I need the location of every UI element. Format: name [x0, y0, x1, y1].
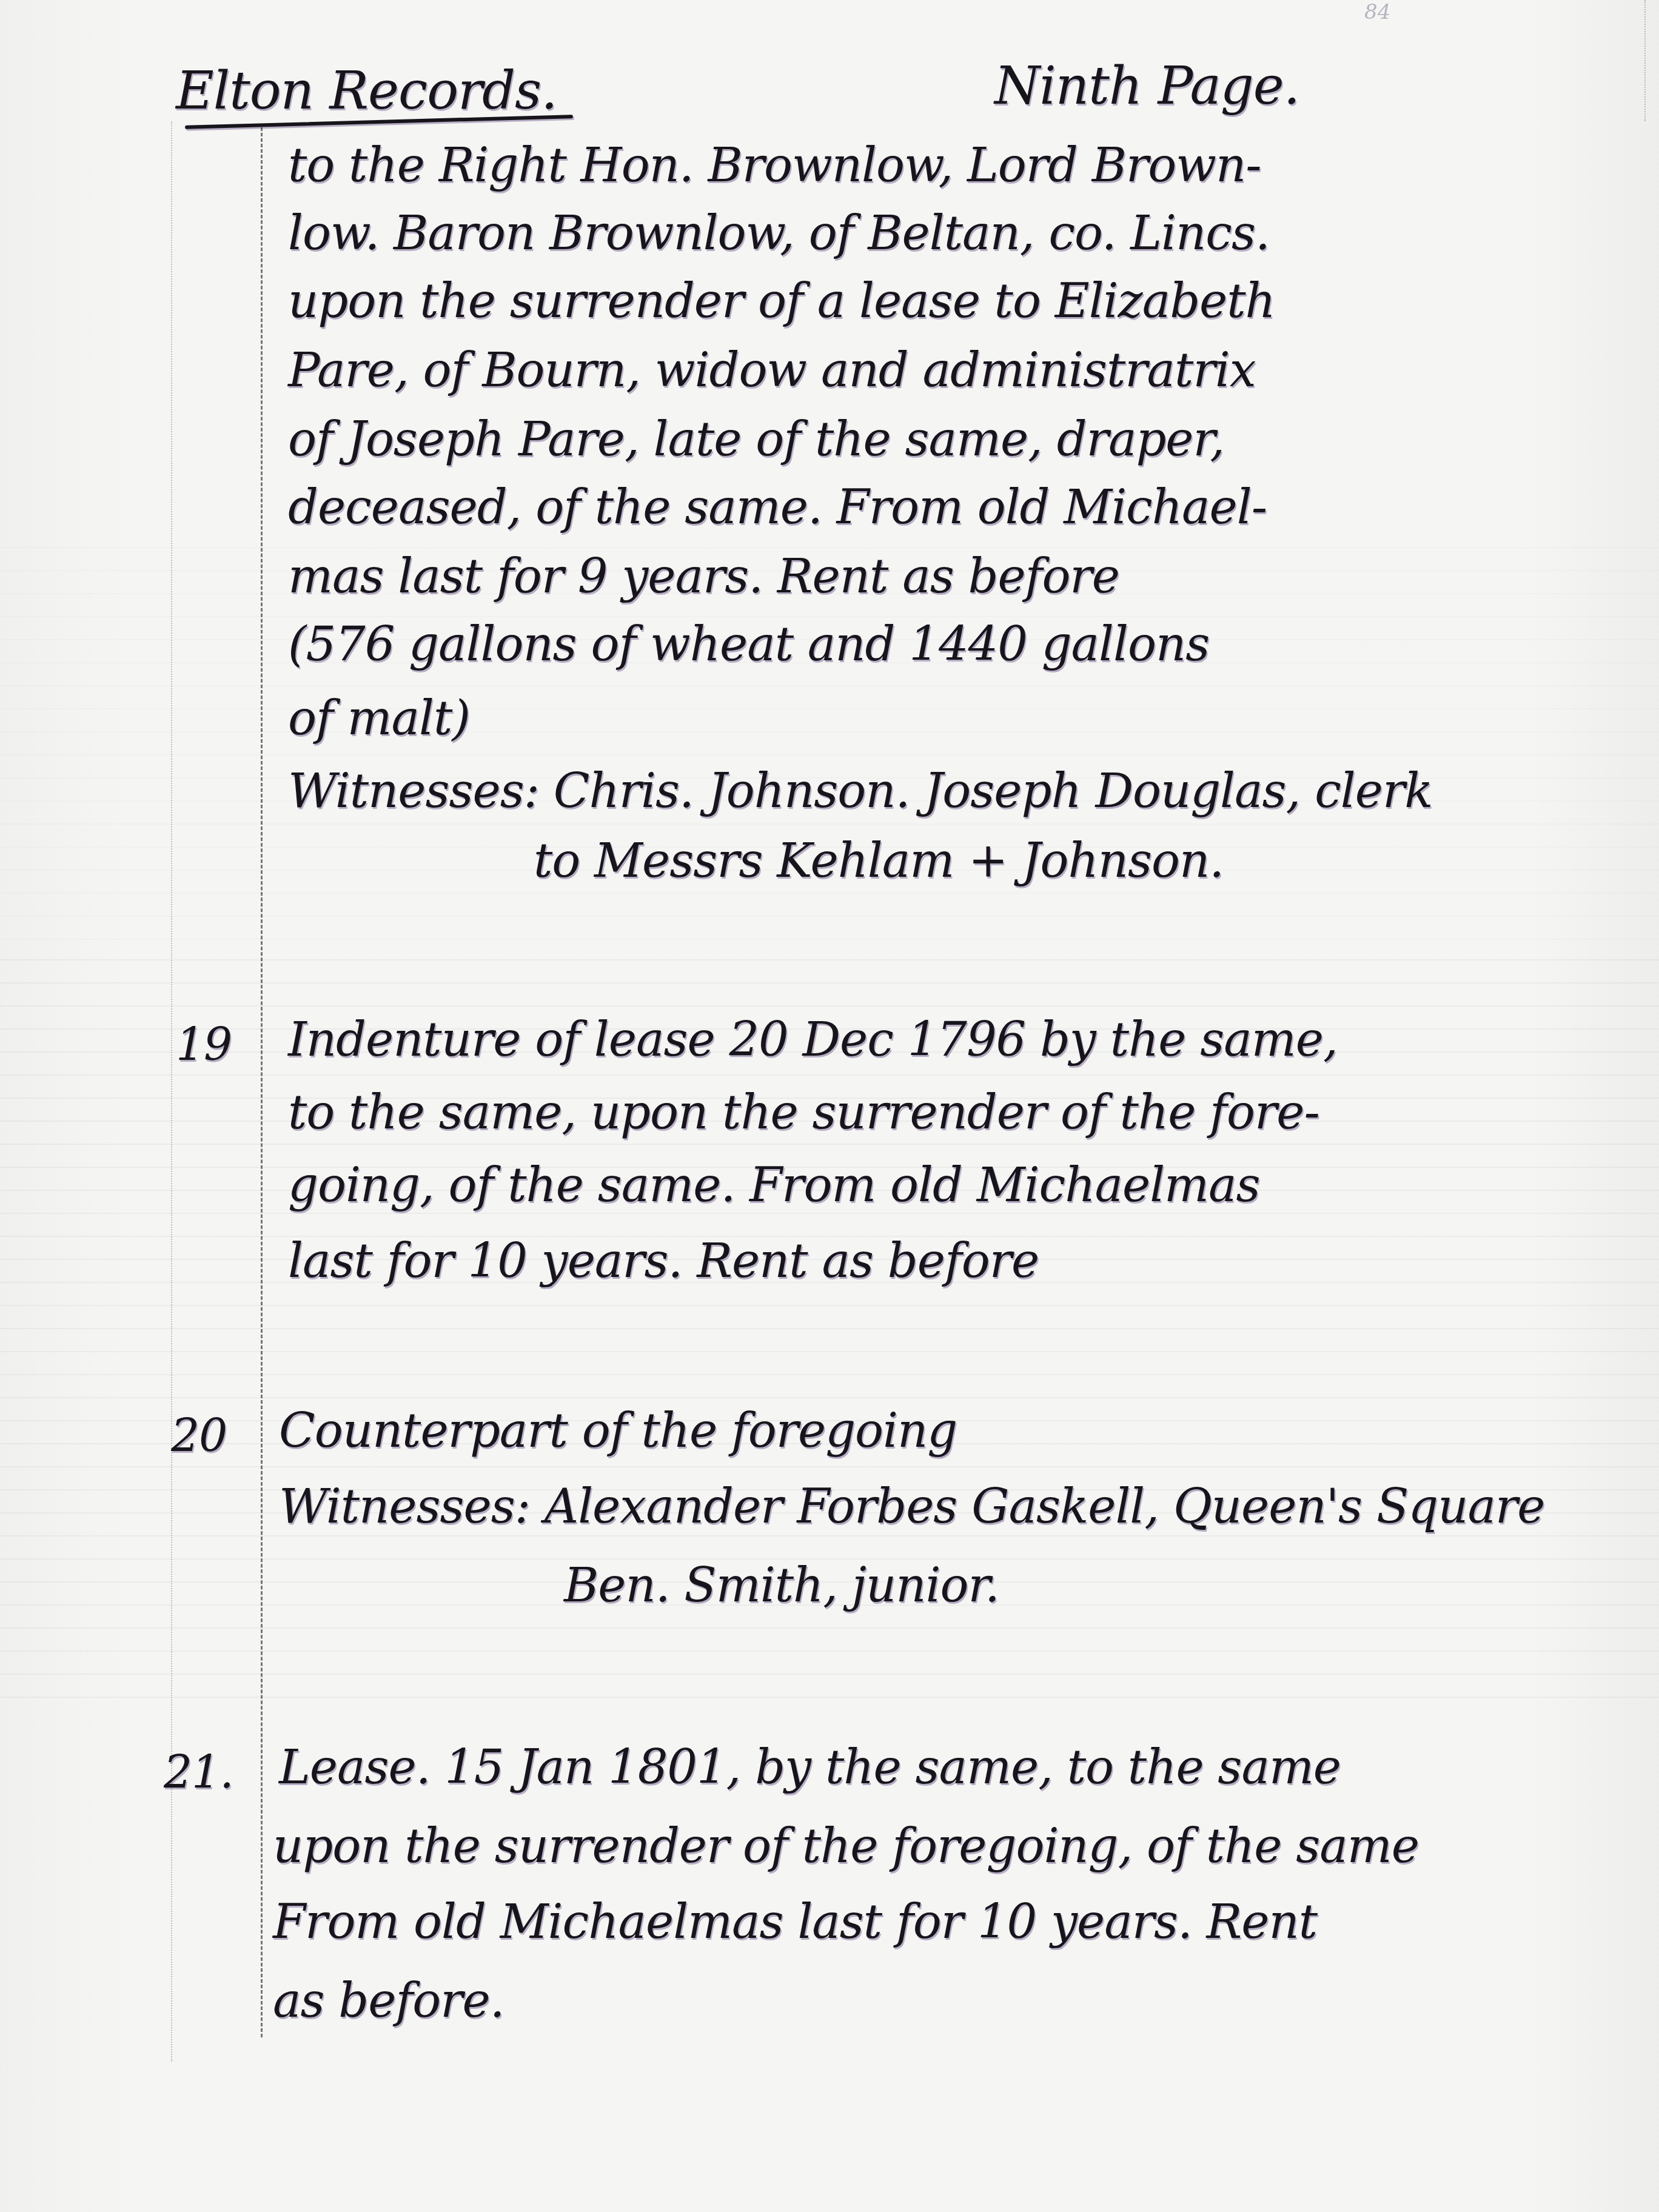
- text-line: Lease. 15 Jan 1801, by the same, to the …: [279, 1740, 1341, 1795]
- text-line: low. Baron Brownlow, of Beltan, co. Linc…: [288, 206, 1270, 261]
- document-title: Elton Records.: [176, 61, 557, 121]
- text-line: deceased, of the same. From old Michael-: [288, 480, 1267, 535]
- text-line: upon the surrender of a lease to Elizabe…: [288, 274, 1275, 329]
- text-line: Pare, of Bourn, widow and administratrix: [288, 343, 1256, 398]
- text-line: last for 10 years. Rent as before: [288, 1234, 1039, 1289]
- text-line: Indenture of lease 20 Dec 1796 by the sa…: [288, 1013, 1338, 1067]
- witnesses-line: Witnesses: Chris. Johnson. Joseph Dougla…: [288, 764, 1433, 819]
- witnesses-line: Witnesses: Alexander Forbes Gaskell, Que…: [279, 1480, 1544, 1534]
- witnesses-line: Ben. Smith, junior.: [564, 1558, 999, 1613]
- text-line: of malt): [288, 691, 470, 746]
- page-label: Ninth Page.: [994, 56, 1299, 116]
- entry-number: 19: [176, 1019, 232, 1071]
- scanned-page: 84 Elton Records. Ninth Page. to the Rig…: [0, 0, 1659, 2212]
- text-line: (576 gallons of wheat and 1440 gallons: [288, 617, 1209, 672]
- witnesses-line: to Messrs Kehlam + Johnson.: [534, 834, 1224, 888]
- text-line: to the Right Hon. Brownlow, Lord Brown-: [288, 138, 1261, 193]
- entry-number: 20: [171, 1410, 227, 1462]
- margin-rule: [261, 127, 263, 2037]
- text-line: as before.: [273, 1974, 504, 2028]
- text-line: to the same, upon the surrender of the f…: [288, 1085, 1319, 1140]
- text-line: From old Michaelmas last for 10 years. R…: [273, 1895, 1317, 1949]
- text-line: Counterpart of the foregoing: [279, 1404, 957, 1458]
- text-line: upon the surrender of the foregoing, of …: [273, 1819, 1419, 1874]
- entry-number: 21.: [164, 1746, 233, 1798]
- text-line: going, of the same. From old Michaelmas: [288, 1158, 1260, 1213]
- text-line: of Joseph Pare, late of the same, draper…: [288, 412, 1224, 467]
- edge-mark: [1644, 0, 1646, 121]
- text-line: mas last for 9 years. Rent as before: [288, 549, 1119, 604]
- corner-page-mark: 84: [1364, 0, 1390, 24]
